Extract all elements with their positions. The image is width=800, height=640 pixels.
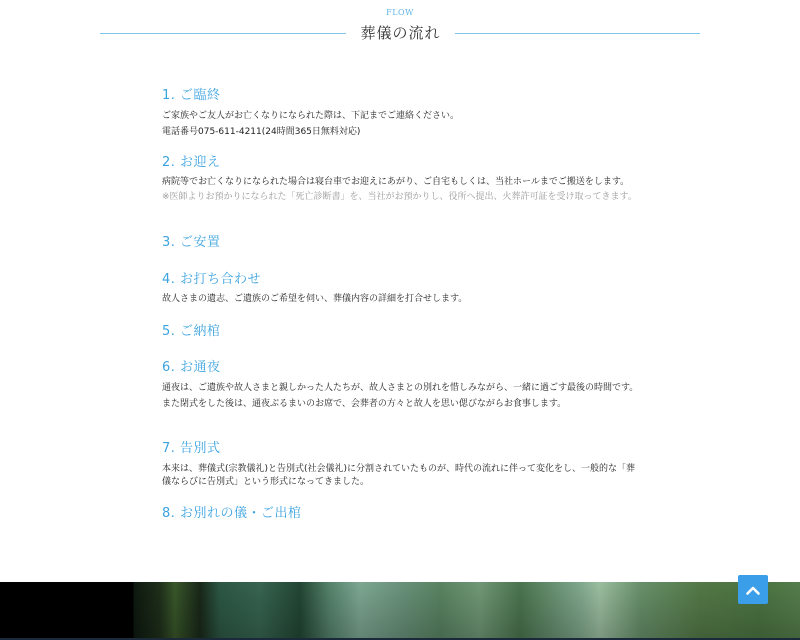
header-rule-left xyxy=(100,33,346,34)
step-1: 1. ご臨終 ご家族やご友人がお亡くなりになられた際は、下記までご連絡ください。… xyxy=(162,88,642,139)
back-to-top-button[interactable] xyxy=(738,575,768,604)
step-text: 病院等でお亡くなりになられた場合は寝台車でお迎えにあがり、ご自宅もしくは、当社ホ… xyxy=(162,176,642,189)
header-rule-right xyxy=(455,33,700,34)
section-subtitle: FLOW xyxy=(0,8,800,17)
step-heading: 8. お別れの儀・ご出棺 xyxy=(162,506,642,522)
footer-photo xyxy=(133,582,800,640)
step-note: ※医師よりお預かりになられた「死亡診断書」を、当社がお預かりし、役所へ提出、火葬… xyxy=(162,191,642,204)
section-title: 葬儀の流れ xyxy=(346,22,455,43)
step-6: 6. お通夜 通夜は、ご遺族や故人さまと親しかった人たちが、故人さまとの別れを惜… xyxy=(162,360,642,411)
footer-image-band xyxy=(0,582,800,640)
step-4: 4. お打ち合わせ 故人さまの遺志、ご遺族のご希望を伺い、葬儀内容の詳細を打合せ… xyxy=(162,272,642,306)
step-heading: 3. ご安置 xyxy=(162,235,642,251)
step-text: また閉式をした後は、通夜ぶるまいのお席で、会葬者の方々と故人を思い偲びながらお食… xyxy=(162,398,642,411)
step-3: 3. ご安置 xyxy=(162,235,642,251)
step-heading: 7. 告別式 xyxy=(162,441,642,457)
section-header: FLOW 葬儀の流れ xyxy=(0,0,800,50)
step-text: 通夜は、ご遺族や故人さまと親しかった人たちが、故人さまとの別れを惜しみながら、一… xyxy=(162,382,642,395)
step-2: 2. お迎え 病院等でお亡くなりになられた場合は寝台車でお迎えにあがり、ご自宅も… xyxy=(162,155,642,204)
chevron-up-icon xyxy=(746,585,760,595)
step-heading: 1. ご臨終 xyxy=(162,88,642,104)
step-heading: 4. お打ち合わせ xyxy=(162,272,642,288)
step-text: 本来は、葬儀式(宗教儀礼)と告別式(社会儀礼)に分割されていたものが、時代の流れ… xyxy=(162,463,642,489)
step-7: 7. 告別式 本来は、葬儀式(宗教儀礼)と告別式(社会儀礼)に分割されていたもの… xyxy=(162,441,642,489)
step-heading: 2. お迎え xyxy=(162,155,642,171)
step-text: 故人さまの遺志、ご遺族のご希望を伺い、葬儀内容の詳細を打合せします。 xyxy=(162,293,642,306)
step-heading: 5. ご納棺 xyxy=(162,324,642,340)
phone-text: 電話番号075-611-4211(24時間365日無料対応) xyxy=(162,126,642,139)
step-heading: 6. お通夜 xyxy=(162,360,642,376)
step-5: 5. ご納棺 xyxy=(162,324,642,340)
step-text: ご家族やご友人がお亡くなりになられた際は、下記までご連絡ください。 xyxy=(162,110,642,123)
step-8: 8. お別れの儀・ご出棺 xyxy=(162,506,642,522)
